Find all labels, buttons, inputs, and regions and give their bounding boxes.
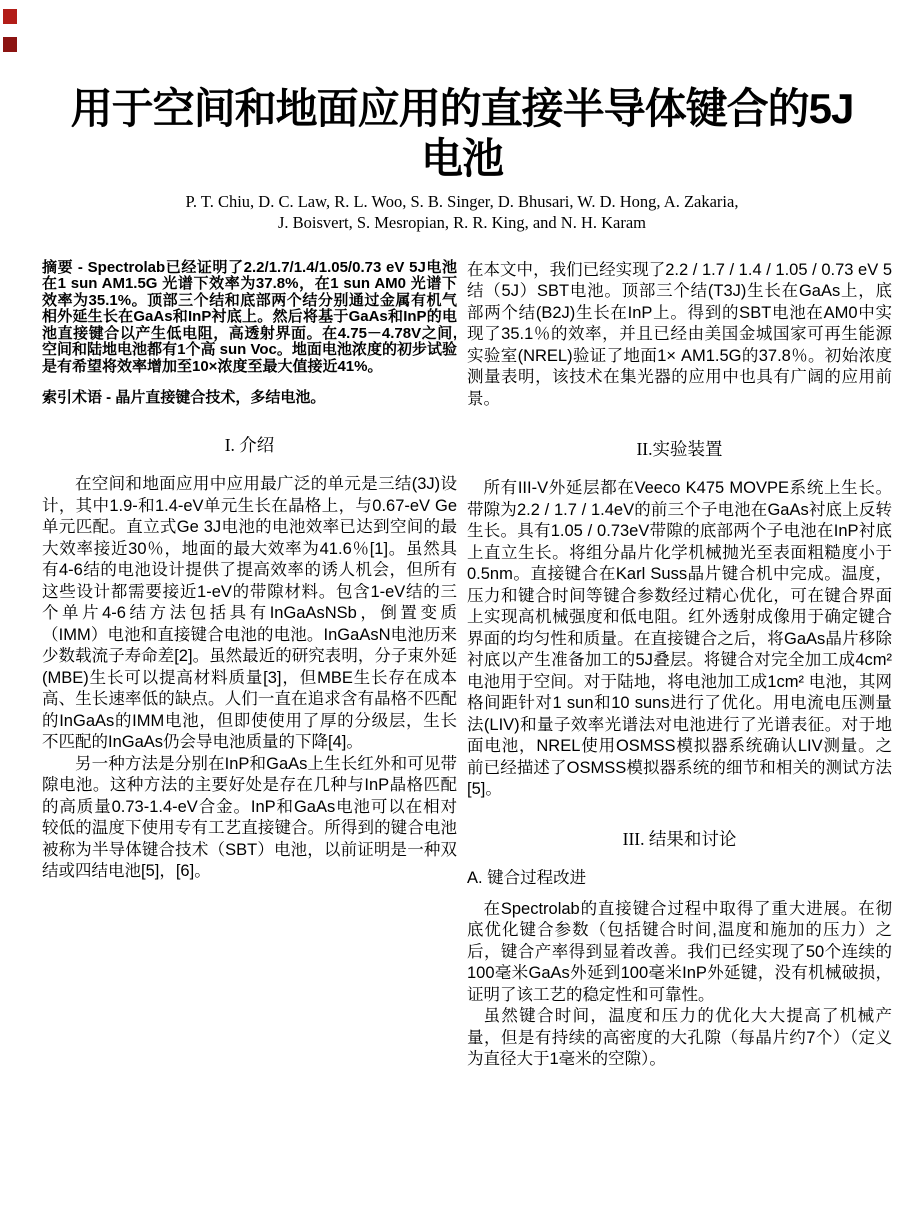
index-terms-text: 索引术语 - 晶片直接键合技术，多结电池。	[42, 389, 457, 406]
subsection-heading-bonding-process: A. 键合过程改进	[467, 868, 892, 889]
author-list-line1: P. T. Chiu, D. C. Law, R. L. Woo, S. B. …	[162, 192, 762, 213]
paper-page: 用于空间和地面应用的直接半导体键合的5J电池 P. T. Chiu, D. C.…	[0, 0, 924, 1232]
abstract-continuation-paragraph: 在本文中，我们已经实现了2.2 / 1.7 / 1.4 / 1.05 / 0.7…	[467, 260, 892, 411]
red-annotation-marker-1	[3, 9, 17, 24]
right-column: 在本文中，我们已经实现了2.2 / 1.7 / 1.4 / 1.05 / 0.7…	[467, 260, 892, 1071]
two-column-body: 摘要 - Spectrolab已经证明了2.2/1.7/1.4/1.05/0.7…	[42, 260, 892, 1071]
red-annotation-marker-2	[3, 37, 17, 52]
abstract-text: 摘要 - Spectrolab已经证明了2.2/1.7/1.4/1.05/0.7…	[42, 260, 457, 376]
paper-title-line1: 用于空间和地面应用的直接半导体键合的5J	[71, 85, 854, 132]
author-list: P. T. Chiu, D. C. Law, R. L. Woo, S. B. …	[162, 192, 762, 234]
section-heading-experimental-setup: II.实验装置	[467, 439, 892, 460]
section-heading-introduction: I. 介绍	[42, 435, 457, 456]
introduction-paragraph-1: 在空间和地面应用中应用最广泛的单元是三结(3J)设计，其中1.9-和1.4-eV…	[42, 474, 457, 754]
bonding-process-paragraph-1: 在Spectrolab的直接键合过程中取得了重大进展。在彻底优化键合参数（包括键…	[467, 899, 892, 1007]
introduction-paragraph-2: 另一种方法是分别在InP和GaAs上生长红外和可见带隙电池。这种方法的主要好处是…	[42, 754, 457, 883]
left-column: 摘要 - Spectrolab已经证明了2.2/1.7/1.4/1.05/0.7…	[42, 260, 457, 1071]
author-list-line2: J. Boisvert, S. Mesropian, R. R. King, a…	[162, 213, 762, 234]
experimental-setup-paragraph: 所有III-V外延层都在Veeco K475 MOVPE系统上生长。带隙为2.2…	[467, 478, 892, 801]
section-heading-results-discussion: III. 结果和讨论	[467, 829, 892, 850]
paper-title-line2: 电池	[421, 135, 503, 182]
bonding-process-paragraph-2: 虽然键合时间，温度和压力的优化大大提高了机械产量，但是有持续的高密度的大孔隙（每…	[467, 1006, 892, 1071]
paper-title: 用于空间和地面应用的直接半导体键合的5J电池	[57, 84, 867, 185]
